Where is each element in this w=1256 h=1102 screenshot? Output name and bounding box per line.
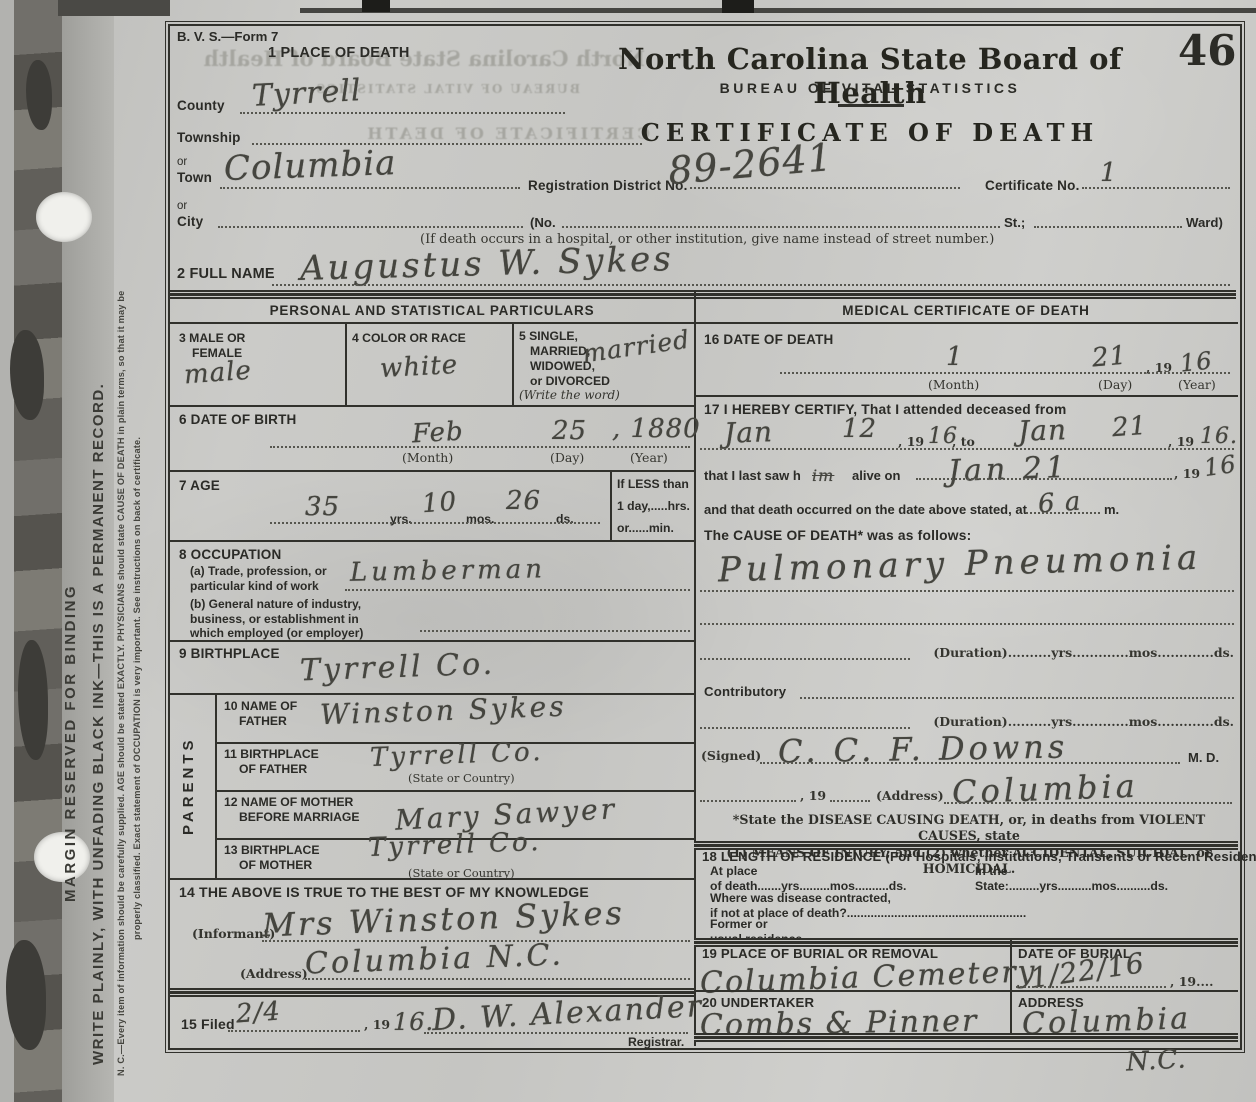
death-occurred-label: and that death occurred on the date abov… [704, 502, 1027, 518]
township-dotted-line [252, 143, 642, 145]
cell-divider [345, 322, 347, 405]
cause-dotted-line-1 [700, 590, 1234, 592]
street-dotted-line [1034, 226, 1182, 228]
age-mos-label: mos. [466, 512, 494, 527]
age-less-line1: If LESS than [617, 477, 690, 492]
section-place-of-death-label: 1 PLACE OF DEATH [268, 45, 410, 62]
ward-label: Ward) [1186, 215, 1223, 231]
mother-name-label: 12 NAME OF MOTHER BEFORE MARRIAGE [224, 795, 360, 825]
signed-year19-label: , 19 [800, 788, 826, 804]
dod-year-caption: (Year) [1178, 377, 1216, 393]
dob-day-caption: (Day) [550, 450, 584, 466]
filed-year-prefix: , 19 [364, 1017, 390, 1033]
town-value-handwritten: Columbia [223, 143, 397, 189]
occupation-b-line3: which employed (or employer) [190, 626, 363, 641]
cause-of-death-label: The CAUSE OF DEATH* was as follows: [704, 528, 971, 544]
certificate-no-dotted-line [1082, 187, 1230, 189]
full-name-label: 2 FULL NAME [177, 266, 275, 283]
contributory-label: Contributory [704, 684, 786, 700]
birthplace-value-handwritten: Tyrrell Co. [299, 647, 495, 689]
father-bp-line1: 11 BIRTHPLACE [224, 747, 319, 762]
dob-month-handwritten: Feb [411, 417, 464, 450]
age-less-than-note: If LESS than 1 day,.....hrs. or......min… [617, 477, 690, 536]
binding-tear-mark [26, 60, 52, 130]
md-label: M. D. [1188, 750, 1219, 766]
parents-row-rule [215, 790, 694, 792]
last-saw-year-handwritten: 16 [1202, 450, 1238, 482]
column-divider [694, 292, 696, 1046]
dob-day-handwritten: 25 [552, 416, 587, 446]
street-no-dotted-line [562, 226, 1000, 228]
residence-in-state: In the State:.........yrs..........mos..… [975, 864, 1168, 894]
street-no-label: (No. [530, 215, 556, 231]
father-bp-caption: (State or Country) [408, 771, 515, 785]
age-less-line2: 1 day,.....hrs. [617, 499, 690, 514]
row-rule [170, 878, 694, 880]
contributory-dotted-line [800, 697, 1234, 699]
death-time-dotted-line [1026, 512, 1100, 514]
margin-instructions-line2: properly classified. Exact statement of … [132, 180, 142, 940]
county-dotted-line [240, 112, 565, 114]
signed-address-label: (Address) [876, 788, 944, 804]
color-race-label: 4 COLOR OR RACE [352, 331, 466, 346]
signed-address-value-handwritten: Columbia [951, 767, 1139, 811]
duration-dotted-lead-2 [700, 727, 910, 729]
dod-dotted-line [780, 372, 1230, 374]
certificate-title: CERTIFICATE OF DEATH [620, 118, 1120, 147]
mother-birthplace-value-handwritten: Tyrrell Co. [368, 827, 542, 863]
mother-name-line1: 12 NAME OF MOTHER [224, 795, 360, 810]
county-value-handwritten: Tyrrell [251, 73, 362, 114]
row-rule [170, 640, 694, 642]
binding-edge-torn-strip [14, 0, 62, 1102]
death-time-m-label: m. [1104, 502, 1119, 518]
medical-title-rule [694, 322, 1238, 324]
informant-address-dotted-line [305, 978, 690, 980]
dod-month-caption: (Month) [928, 377, 979, 393]
mother-birthplace-label: 13 BIRTHPLACE OF MOTHER [224, 843, 319, 873]
father-name-line2: FATHER [239, 714, 297, 729]
age-yrs-label: yrs. [390, 512, 412, 527]
birthplace-label: 9 BIRTHPLACE [179, 646, 280, 662]
town-dotted-line [220, 187, 520, 189]
burial-date-year-suffix: , 19.... [1170, 974, 1214, 990]
county-label: County [177, 98, 225, 114]
mother-bp-line1: 13 BIRTHPLACE [224, 843, 319, 858]
date-of-death-label: 16 DATE OF DEATH [704, 332, 833, 348]
last-saw-value-handwritten: Jan 21 [947, 450, 1069, 489]
residence-label: 18 LENGTH OF RESIDENCE (For Hospitals, I… [702, 849, 1256, 865]
occupation-label: 8 OCCUPATION [179, 547, 281, 563]
occupation-b-line2: business, or establishment in [190, 612, 363, 627]
sex-label-line1: 3 MALE OR [179, 331, 245, 346]
medical-section-title: MEDICAL CERTIFICATE OF DEATH [694, 303, 1238, 319]
color-race-value-handwritten: white [379, 350, 459, 384]
signed-address-dotted-line [944, 802, 1232, 804]
age-years-handwritten: 35 [305, 492, 340, 522]
dod-day-caption: (Day) [1098, 377, 1132, 393]
undertaker-address2-handwritten: N.C. [1125, 1044, 1187, 1077]
signed-dotted-line [760, 762, 1180, 764]
dob-label: 6 DATE OF BIRTH [179, 412, 297, 428]
age-dotted-line [270, 522, 600, 524]
occupation-b-dotted-line [420, 630, 690, 632]
father-name-label: 10 NAME OF FATHER [224, 699, 297, 729]
full-name-dotted-line [272, 284, 1230, 286]
town-label: Town [177, 170, 212, 186]
dob-month-caption: (Month) [402, 450, 453, 466]
occupation-a-value-handwritten: Lumberman [350, 554, 547, 587]
marital-label-line4: or DIVORCED [530, 374, 610, 389]
signed-year-dotted-line [830, 800, 870, 802]
filed-label: 15 Filed [181, 1016, 235, 1033]
occupation-a-dotted-line [345, 589, 690, 591]
age-lessbox-divider [610, 470, 612, 540]
row-rule [170, 470, 694, 472]
age-months-handwritten: 10 [421, 487, 458, 519]
father-birthplace-label: 11 BIRTHPLACE OF FATHER [224, 747, 319, 777]
page-number: 46 [1178, 26, 1236, 75]
last-saw-year-prefix: , 19 [1174, 466, 1200, 482]
registration-district-dotted-line [690, 187, 960, 189]
scan-edge-tab [722, 0, 754, 13]
mother-name-line2: BEFORE MARRIAGE [239, 810, 360, 825]
right-column-bottom-rule [694, 1035, 1238, 1040]
age-less-line3: or......min. [617, 521, 690, 536]
mother-bp-line2: OF MOTHER [239, 858, 319, 873]
residence-former-line1: Former or [710, 917, 995, 932]
row-rule [170, 405, 694, 407]
occupation-a-label: (a) Trade, profession, or particular kin… [190, 564, 327, 593]
signed-date-dotted-line [700, 800, 796, 802]
township-label: Township [177, 130, 241, 146]
signed-value-handwritten: C. C. F. Downs [778, 727, 1069, 770]
row-heavy-rule [694, 843, 1238, 848]
residence-in-state-line1: In the [975, 864, 1168, 879]
scan-edge-corner [58, 0, 170, 16]
burial-row-rule [694, 990, 1238, 992]
death-time-handwritten: 6 a [1037, 487, 1082, 520]
signed-label: (Signed) [701, 748, 761, 764]
father-bp-line2: OF FATHER [239, 762, 319, 777]
row-heavy-rule [694, 940, 1238, 945]
burial-date-dotted-line [1016, 986, 1166, 988]
duration-dotted-lead-1 [700, 658, 910, 660]
father-birthplace-value-handwritten: Tyrrell Co. [370, 737, 544, 773]
scan-edge-bar [300, 8, 1256, 13]
city-label: City [177, 214, 203, 230]
row-rule [170, 540, 694, 542]
last-saw-label: that I last saw h [704, 468, 801, 484]
masthead-rule [838, 104, 904, 107]
dod-day-handwritten: 21 [1091, 341, 1129, 374]
occupation-b-label: (b) General nature of industry, business… [190, 597, 363, 641]
town-or-label: or [177, 156, 187, 170]
attended-from-day-handwritten: 12 [842, 414, 877, 444]
margin-instructions-line1: N. C.—Every item of information should b… [116, 36, 126, 1076]
cause-dotted-line-2 [700, 623, 1234, 625]
father-name-line1: 10 NAME OF [224, 699, 297, 714]
attended-from-month-handwritten: Jan [723, 415, 773, 450]
full-name-bottom-rule [170, 292, 1236, 297]
last-saw-dotted-line [916, 478, 1172, 480]
cell-divider [512, 322, 514, 405]
residence-at-place-line1: At place [710, 864, 906, 879]
parents-side-label: PARENTS [180, 700, 197, 872]
filed-date-handwritten: 2/4 [235, 996, 282, 1029]
punch-hole-top [36, 192, 92, 242]
street-label: St.; [1004, 215, 1025, 231]
informant-address-label: (Address) [240, 966, 308, 982]
margin-write-plainly-note: WRITE PLAINLY, WITH UNFADING BLACK INK—T… [90, 55, 107, 1065]
age-days-handwritten: 26 [506, 486, 541, 516]
parents-label-divider [215, 693, 217, 878]
residence-contracted-line1: Where was disease contracted, [710, 891, 1026, 906]
dod-month-handwritten: 1 [946, 342, 964, 372]
occupation-a-line1: (a) Trade, profession, or [190, 564, 327, 579]
last-saw-him-handwritten: im [812, 466, 834, 485]
scan-edge-tab [362, 0, 390, 12]
dob-dotted-line [270, 446, 690, 448]
scanned-death-certificate: MARGIN RESERVED FOR BINDING WRITE PLAINL… [0, 0, 1256, 1102]
filed-dotted-line [228, 1030, 360, 1032]
city-dotted-line [218, 226, 523, 228]
marital-write-word-note: (Write the word) [519, 388, 620, 403]
age-label: 7 AGE [179, 478, 220, 494]
city-or-label: or [177, 200, 187, 214]
row-rule [694, 395, 1238, 397]
attended-to-day-handwritten: 21 [1111, 411, 1148, 443]
attended-to-month-handwritten: Jan [1017, 413, 1067, 448]
personal-title-rule [170, 322, 694, 324]
registrar-label: Registrar. [628, 1035, 684, 1050]
sex-value-handwritten: male [183, 356, 253, 391]
dob-year-handwritten: , 1880 [612, 414, 701, 444]
occupation-b-line1: (b) General nature of industry, [190, 597, 363, 612]
personal-section-title: PERSONAL AND STATISTICAL PARTICULARS [170, 303, 694, 319]
bureau-subtitle: BUREAU OF VITAL STATISTICS [620, 80, 1120, 96]
dob-year-caption: (Year) [630, 450, 668, 466]
form-code: B. V. S.—Form 7 [177, 29, 278, 45]
margin-binding-note: MARGIN RESERVED FOR BINDING [62, 410, 79, 902]
cause-footnote-line1: *State the DISEASE CAUSING DEATH, or, in… [702, 812, 1236, 845]
occupation-a-line2: particular kind of work [190, 579, 327, 594]
alive-on-label: alive on [852, 468, 900, 484]
certificate-no-label: Certificate No. [985, 178, 1080, 194]
attended-dotted-line [700, 448, 1234, 450]
org-title: North Carolina State Board of Health [560, 42, 1180, 110]
age-ds-label: ds. [556, 512, 574, 527]
certificate-no-value-handwritten: 1 [1100, 158, 1118, 188]
registrar-dotted-line [424, 1032, 688, 1034]
residence-at-place: At place of death.......yrs.........mos.… [710, 864, 906, 894]
registration-district-label: Registration District No. [528, 178, 688, 194]
attended-to-year-handwritten: 16. [1200, 424, 1238, 449]
